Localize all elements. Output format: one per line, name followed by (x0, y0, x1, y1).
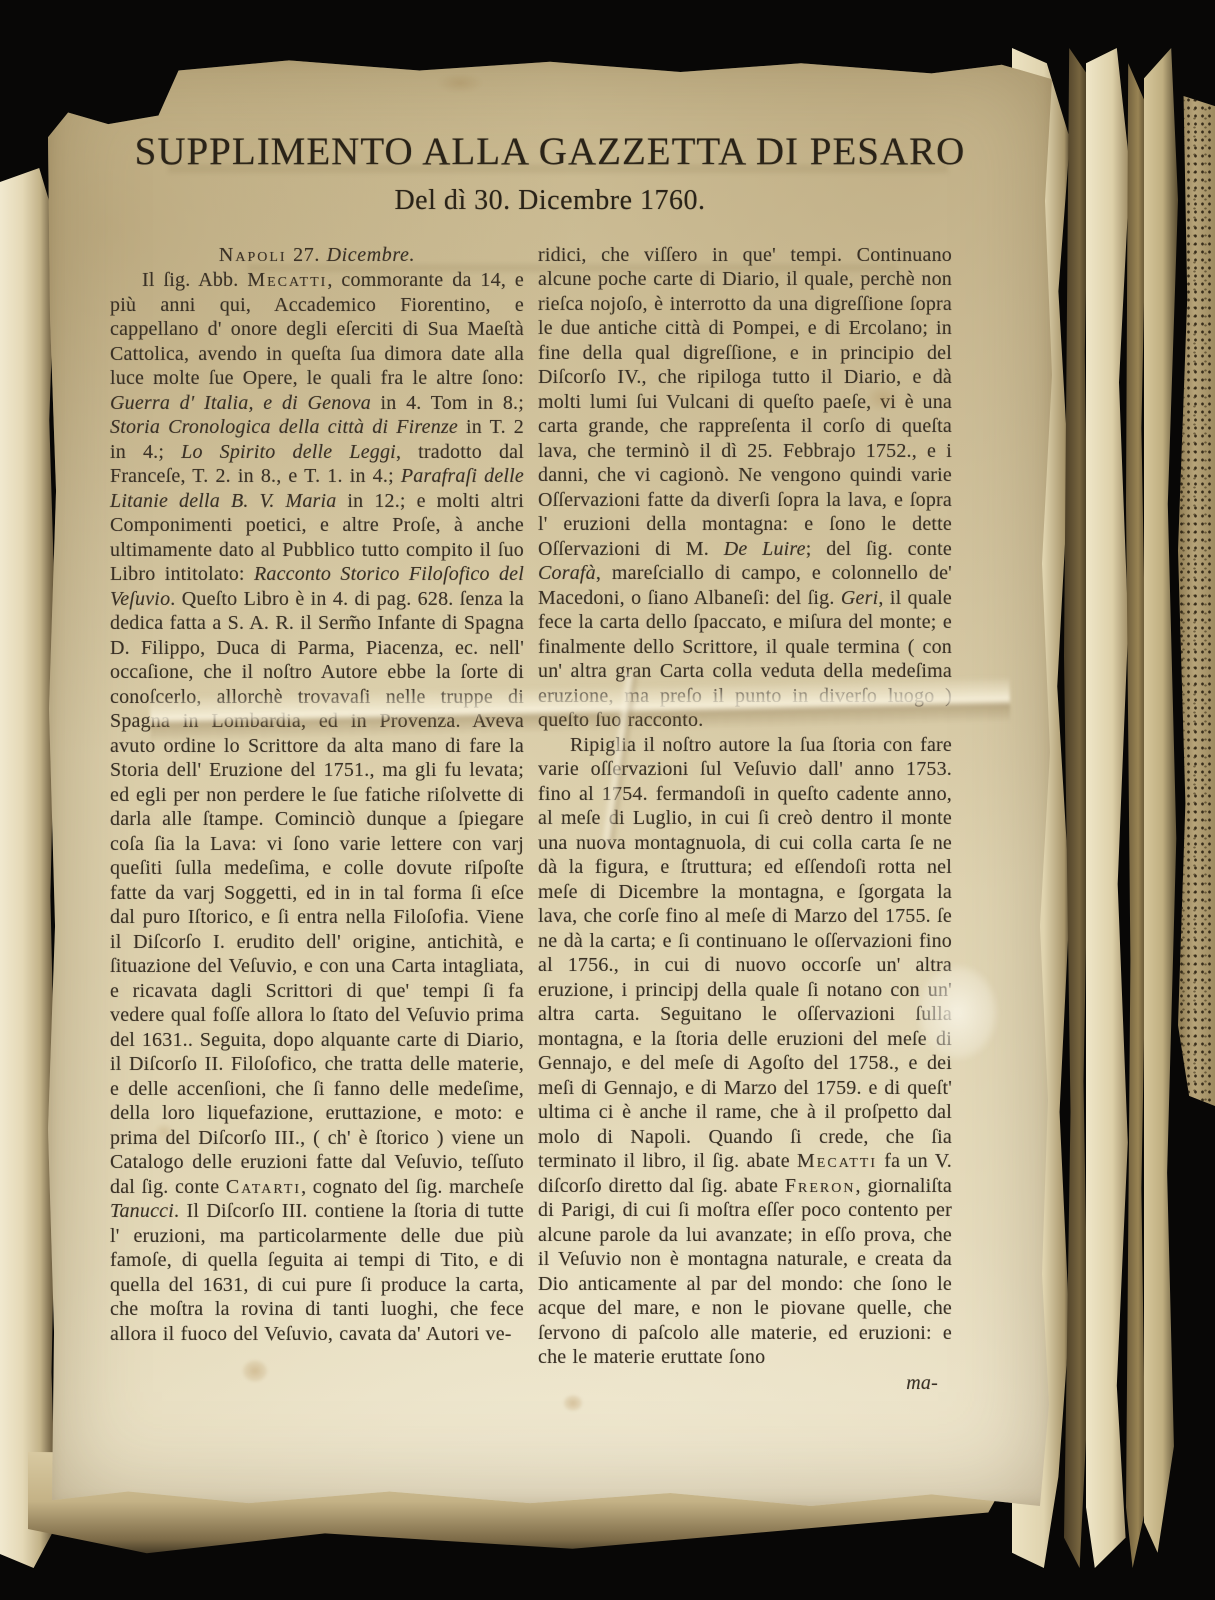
paragraph: Il ſig. Abb. Mecatti, commorante da 14, … (110, 268, 524, 1346)
paragraph: Ripiglia il noſtro autore la ſua ſtoria … (538, 733, 952, 1370)
column-left: Napoli 27. Dicembre.Il ſig. Abb. Mecatti… (110, 243, 524, 1483)
text-segment: Ripiglia il noſtro autore la ſua ſtoria … (538, 734, 952, 1173)
text-segment: Napoli (219, 244, 287, 266)
text-segment: 27. (287, 244, 327, 266)
text-segment: Dicembre. (327, 244, 416, 266)
text-segment: in 4. Tom in 8.; (371, 392, 524, 414)
text-segment: Geri (841, 587, 878, 609)
column-right: ridici, che viſſero in que' tempi. Conti… (538, 243, 952, 1483)
text-segment: Tanucci (110, 1200, 174, 1222)
text-segment: Catarti (226, 1176, 301, 1198)
catchword: ma- (538, 1371, 952, 1396)
section-heading: Napoli 27. Dicembre. (110, 243, 524, 268)
text-segment: Freron (785, 1175, 856, 1197)
text-segment: , cognato del ſig. marcheſe (301, 1176, 524, 1198)
text-segment: Corafà (538, 562, 596, 584)
text-segment: Il ſig. Abb. (142, 269, 247, 291)
text-segment: Mecatti (797, 1150, 877, 1172)
masthead-dateline: Del dì 30. Dicembre 1760. (48, 185, 1052, 217)
page-edge-strip (1144, 48, 1178, 1568)
text-segment: ridici, che viſſero in que' tempi. Conti… (538, 244, 952, 560)
text-segment: ; del ſig. conte (806, 538, 952, 560)
text-segment: Lo Spirito delle Leggi (181, 441, 396, 463)
text-segment: De Luire (724, 538, 806, 560)
paragraph: ridici, che viſſero in que' tempi. Conti… (538, 243, 952, 733)
book-photo: SUPPLIMENTO ALLA GAZZETTA DI PESARO Del … (0, 0, 1215, 1600)
text-segment: . Queſto Libro è in 4. di pag. 628. ſenz… (110, 588, 524, 1198)
newspaper-page: SUPPLIMENTO ALLA GAZZETTA DI PESARO Del … (48, 56, 1052, 1506)
text-segment: Storia Cronologica della città di Firenz… (110, 416, 458, 438)
text-segment: Guerra d' Italia, e di Genova (110, 392, 371, 414)
underlying-page-edge-left (0, 168, 56, 1568)
page-edge-strip (1086, 48, 1130, 1568)
text-segment: , giornaliſta di Parigi, di cui ſi moſtr… (538, 1175, 952, 1369)
text-segment: Mecatti (247, 269, 327, 291)
article-columns: Napoli 27. Dicembre.Il ſig. Abb. Mecatti… (48, 243, 1052, 1483)
masthead: SUPPLIMENTO ALLA GAZZETTA DI PESARO Del … (48, 132, 1052, 217)
masthead-title: SUPPLIMENTO ALLA GAZZETTA DI PESARO (48, 132, 1052, 173)
